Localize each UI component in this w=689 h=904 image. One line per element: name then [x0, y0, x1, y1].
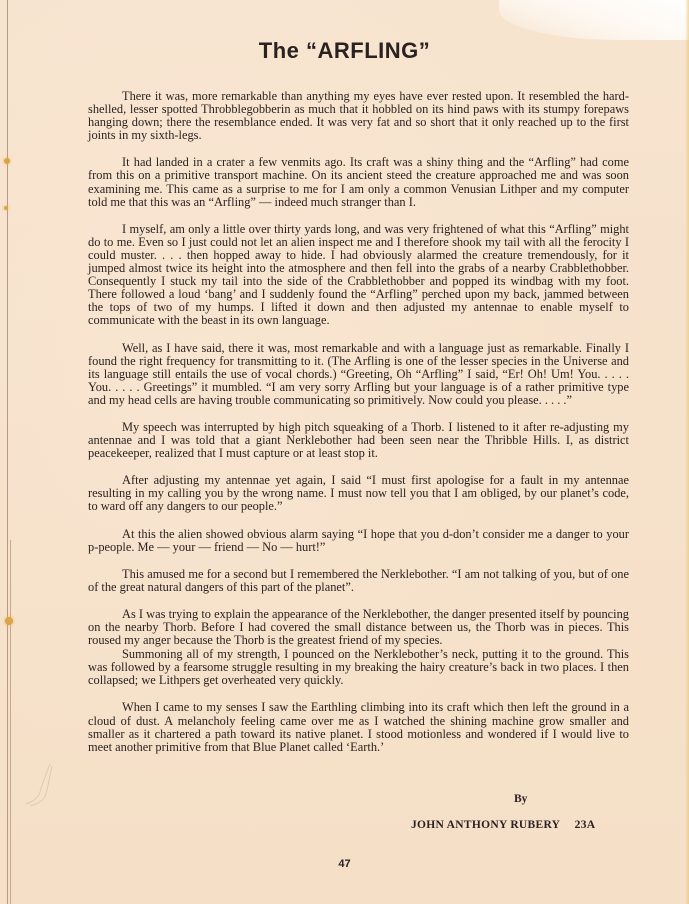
- page-edge: [685, 0, 689, 904]
- byline-prefix: By: [514, 793, 527, 805]
- light-glare: [499, 0, 689, 40]
- paragraph: Well, as I have said, there it was, most…: [88, 342, 629, 407]
- pencil-doodle-icon: [22, 760, 62, 810]
- paragraph: After adjusting my antennae yet again, I…: [88, 474, 629, 513]
- paragraph: There it was, more remarkable than anyth…: [88, 90, 629, 142]
- binding-line: [10, 540, 11, 904]
- staple-mark-icon: [4, 206, 8, 210]
- paragraph: My speech was interrupted by high pitch …: [88, 421, 629, 460]
- binding-line: [7, 0, 8, 904]
- paragraph: As I was trying to explain the appearanc…: [88, 608, 629, 647]
- page-number: 47: [0, 858, 689, 870]
- page-title: The “ARFLING”: [0, 38, 689, 64]
- document-page: The “ARFLING” There it was, more remarka…: [0, 0, 689, 904]
- paragraph: When I came to my senses I saw the Earth…: [88, 701, 629, 753]
- staple-mark-icon: [4, 158, 10, 164]
- paragraph: Summoning all of my strength, I pounced …: [88, 648, 629, 687]
- author-name: JOHN ANTHONY RUBERY 23A: [411, 819, 595, 831]
- paragraph: This amused me for a second but I rememb…: [88, 568, 629, 594]
- paragraph: It had landed in a crater a few venmits …: [88, 156, 629, 208]
- paragraph: At this the alien showed obvious alarm s…: [88, 528, 629, 554]
- paragraph: I myself, am only a little over thirty y…: [88, 223, 629, 328]
- staple-mark-icon: [5, 617, 13, 625]
- story-body: There it was, more remarkable than anyth…: [88, 90, 629, 768]
